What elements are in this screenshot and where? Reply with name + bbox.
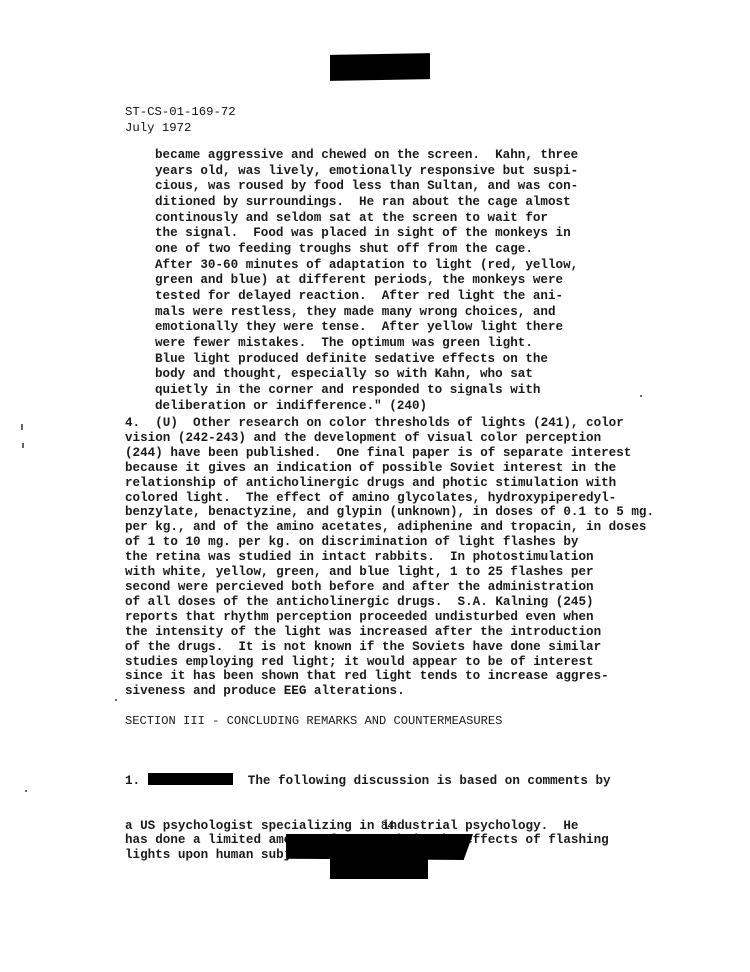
paragraph-4-line: of 1 to 10 mg. per kg. on discrimination… [125,535,654,550]
quote-line: quietly in the corner and responded to s… [155,383,578,399]
quote-line: After 30-60 minutes of adaptation to lig… [155,258,578,274]
paragraph-4-line: of all doses of the anticholinergic drug… [125,595,654,610]
scan-speck [640,395,642,397]
page-number: 84 [381,818,394,832]
paragraph-4-line: benzylate, benactyzine, and glypin (unkn… [125,505,654,520]
quote-line: emotionally they were tense. After yello… [155,320,578,336]
quote-line: cious, was roused by food less than Sult… [155,179,578,195]
paragraph-4-line: because it gives an indication of possib… [125,461,654,476]
bottom-redaction-lower [330,855,428,879]
paragraph-number: 1. [125,774,140,788]
paragraph-4-line: studies employing red light; it would ap… [125,655,654,670]
quote-line: continously and seldom sat at the screen… [155,211,578,227]
paragraph-4-line: second were percieved both before and af… [125,580,654,595]
scan-speck [21,424,23,430]
quoted-passage: became aggressive and chewed on the scre… [155,148,578,414]
quote-line: years old, was lively, emotionally respo… [155,164,578,180]
quote-line: one of two feeding troughs shut off from… [155,242,578,258]
paragraph-4: 4. (U) Other research on color threshold… [125,416,654,699]
quote-line: became aggressive and chewed on the scre… [155,148,578,164]
paragraph-4-line: vision (242-243) and the development of … [125,431,654,446]
paragraph-1-first-line: The following discussion is based on com… [233,774,611,788]
paragraph-4-line: relationship of anticholinergic drugs an… [125,476,654,491]
quote-line: were fewer mistakes. The optimum was gre… [155,336,578,352]
scan-speck [115,699,117,701]
inline-redaction [148,773,233,785]
scan-speck [25,790,27,792]
paragraph-4-line: 4. (U) Other research on color threshold… [125,416,654,431]
paragraph-4-line: colored light. The effect of amino glyco… [125,491,654,506]
paragraph-4-line: per kg., and of the amino acetates, adip… [125,520,654,535]
section-heading: SECTION III - CONCLUDING REMARKS AND COU… [125,713,502,729]
paragraph-4-line: siveness and produce EEG alterations. [125,684,654,699]
quote-line: deliberation or indifference." (240) [155,399,578,415]
quote-line: body and thought, especially so with Kah… [155,367,578,383]
quote-line: mals were restless, they made many wrong… [155,305,578,321]
top-redaction [330,53,430,81]
paragraph-1-line: a US psychologist specializing in indust… [125,819,611,834]
paragraph-4-line: with white, yellow, green, and blue ligh… [125,565,654,580]
scan-speck [22,443,24,448]
quote-line: the signal. Food was placed in sight of … [155,226,578,242]
paragraph-4-line: reports that rhythm perception proceeded… [125,610,654,625]
paragraph-4-line: (244) have been published. One final pap… [125,446,654,461]
document-date: July 1972 [125,120,236,136]
paragraph-4-line: since it has been shown that red light t… [125,669,654,684]
paragraph-4-line: of the drugs. It is not known if the Sov… [125,640,654,655]
quote-line: green and blue) at different periods, th… [155,273,578,289]
quote-line: ditioned by surroundings. He ran about t… [155,195,578,211]
quote-line: Blue light produced definite sedative ef… [155,352,578,368]
paragraph-4-line: the intensity of the light was increased… [125,625,654,640]
paragraph-4-line: the retina was studied in intact rabbits… [125,550,654,565]
quote-line: tested for delayed reaction. After red l… [155,289,578,305]
document-id: ST-CS-01-169-72 [125,104,236,120]
document-header: ST-CS-01-169-72 July 1972 [125,104,236,136]
